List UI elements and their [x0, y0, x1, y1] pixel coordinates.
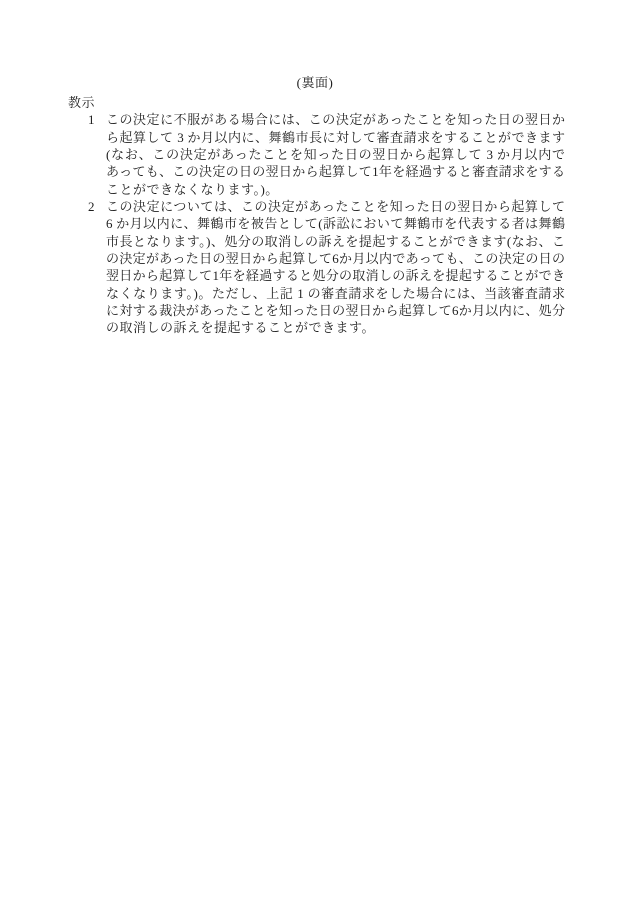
section-heading: 教示 — [68, 94, 565, 111]
notice-item-2: 2 この決定については、この決定があったことを知った日の翌日から起算して 6 か… — [68, 198, 565, 337]
text-line: の取消しの訴えを提起することができます。 — [106, 319, 565, 336]
text-line: ら起算して 3 か月以内に、舞鶴市長に対して審査請求をすることができます — [106, 129, 565, 146]
document-page: (裏面) 教示 1 この決定に不服がある場合には、この決定があったことを知った日… — [0, 0, 630, 903]
text-line: あっても、この決定の日の翌日から起算して1年を経過すると審査請求をする — [106, 163, 565, 180]
notice-item-1: 1 この決定に不服がある場合には、この決定があったことを知った日の翌日か ら起算… — [68, 111, 565, 198]
text-line: 市長となります。)、処分の取消しの訴えを提起することができます(なお、こ — [106, 233, 565, 250]
text-line: 翌日から起算して1年を経過すると処分の取消しの訴えを提起することができ — [106, 267, 565, 284]
text-line: この決定については、この決定があったことを知った日の翌日から起算して — [106, 198, 565, 215]
text-line: ことができなくなります。)。 — [106, 181, 565, 198]
text-line: に対する裁決があったことを知った日の翌日から起算して6か月以内に、処分 — [106, 302, 565, 319]
text-line: この決定に不服がある場合には、この決定があったことを知った日の翌日か — [106, 111, 565, 128]
page-side-label: (裏面) — [0, 75, 630, 90]
item-number: 1 — [88, 111, 95, 128]
text-line: の決定があった日の翌日から起算して6か月以内であっても、この決定の日の — [106, 250, 565, 267]
text-line: (なお、この決定があったことを知った日の翌日から起算して 3 か月以内で — [106, 146, 565, 163]
text-line: 6 か月以内に、舞鶴市を被告として(訴訟において舞鶴市を代表する者は舞鶴 — [106, 215, 565, 232]
text-line: なくなります。)。ただし、上記 1 の審査請求をした場合には、当該審査請求 — [106, 285, 565, 302]
document-body: 教示 1 この決定に不服がある場合には、この決定があったことを知った日の翌日か … — [68, 94, 565, 337]
item-number: 2 — [88, 198, 95, 215]
